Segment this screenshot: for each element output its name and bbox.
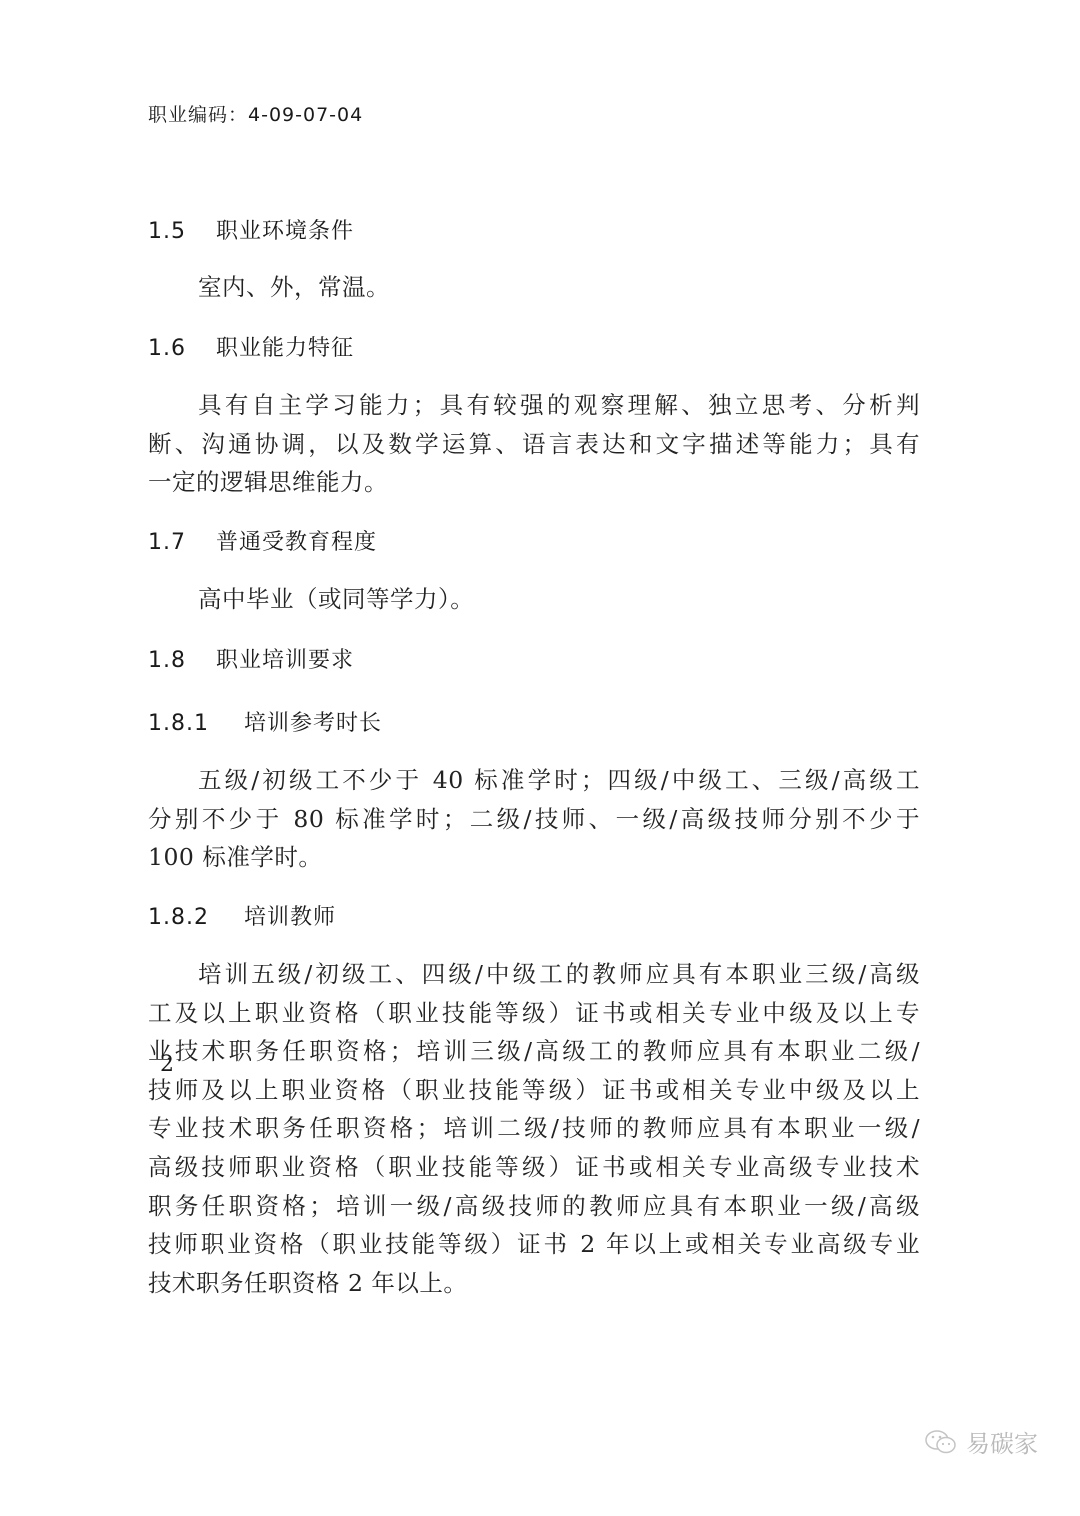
section-heading-1-8-2: 1.8.2培训教师 [148, 900, 336, 931]
section-number: 1.8.1 [148, 711, 244, 736]
section-body-1-8-2: 培训五级/初级工、四级/中级工的教师应具有本职业三级/高级 工及以上职业资格（职… [148, 955, 920, 1302]
section-heading-1-7: 1.7普通受教育程度 [148, 525, 377, 556]
watermark: 易碳家 [924, 1424, 1038, 1459]
section-body-1-6: 具有自主学习能力；具有较强的观察理解、独立思考、分析判 断、沟通协调，以及数学运… [148, 386, 920, 502]
page-number: 2 [160, 1052, 174, 1077]
occupation-code: 职业编码：4-09-07-04 [148, 100, 363, 127]
section-title: 职业能力特征 [216, 336, 354, 361]
paragraph-line: 五级/初级工不少于 40 标准学时；四级/中级工、三级/高级工 [148, 761, 920, 800]
paragraph-line: 技师及以上职业资格（职业技能等级）证书或相关专业中级及以上 [148, 1071, 920, 1110]
paragraph-line: 分别不少于 80 标准学时；二级/技师、一级/高级技师分别不少于 [148, 800, 920, 839]
section-number: 1.7 [148, 530, 216, 555]
paragraph-line: 专业技术职务任职资格；培训二级/技师的教师应具有本职业一级/ [148, 1109, 920, 1148]
watermark-text: 易碳家 [966, 1424, 1038, 1459]
section-number: 1.8 [148, 648, 216, 673]
paragraph-line: 工及以上职业资格（职业技能等级）证书或相关专业中级及以上专 [148, 994, 920, 1033]
paragraph-line: 技师职业资格（职业技能等级）证书 2 年以上或相关专业高级专业 [148, 1225, 920, 1264]
paragraph-line: 业技术职务任职资格；培训三级/高级工的教师应具有本职业二级/ [148, 1032, 920, 1071]
paragraph-line: 技术职务任职资格 2 年以上。 [148, 1264, 920, 1303]
section-number: 1.8.2 [148, 905, 244, 930]
paragraph-line: 职务任职资格；培训一级/高级技师的教师应具有本职业一级/高级 [148, 1187, 920, 1226]
paragraph-line: 断、沟通协调，以及数学运算、语言表达和文字描述等能力；具有 [148, 425, 920, 464]
section-body-1-5: 室内、外，常温。 [148, 268, 920, 307]
paragraph-line: 具有自主学习能力；具有较强的观察理解、独立思考、分析判 [148, 386, 920, 425]
section-number: 1.5 [148, 219, 216, 244]
wechat-official-account-icon [924, 1429, 958, 1455]
section-title: 培训参考时长 [244, 711, 382, 736]
section-body-1-7: 高中毕业（或同等学力）。 [148, 580, 920, 619]
section-body-1-8-1: 五级/初级工不少于 40 标准学时；四级/中级工、三级/高级工 分别不少于 80… [148, 761, 920, 877]
section-heading-1-8-1: 1.8.1培训参考时长 [148, 706, 382, 737]
paragraph-line: 高中毕业（或同等学力）。 [148, 580, 920, 619]
section-title: 培训教师 [244, 905, 336, 930]
paragraph-line: 高级技师职业资格（职业技能等级）证书或相关专业高级专业技术 [148, 1148, 920, 1187]
section-heading-1-5: 1.5职业环境条件 [148, 214, 354, 245]
section-heading-1-6: 1.6职业能力特征 [148, 331, 354, 362]
section-heading-1-8: 1.8职业培训要求 [148, 643, 354, 674]
paragraph-line: 100 标准学时。 [148, 838, 920, 877]
section-title: 职业培训要求 [216, 648, 354, 673]
section-title: 职业环境条件 [216, 219, 354, 244]
paragraph-line: 一定的逻辑思维能力。 [148, 463, 920, 502]
section-number: 1.6 [148, 336, 216, 361]
section-title: 普通受教育程度 [216, 530, 377, 555]
paragraph-line: 室内、外，常温。 [148, 268, 920, 307]
paragraph-line: 培训五级/初级工、四级/中级工的教师应具有本职业三级/高级 [148, 955, 920, 994]
